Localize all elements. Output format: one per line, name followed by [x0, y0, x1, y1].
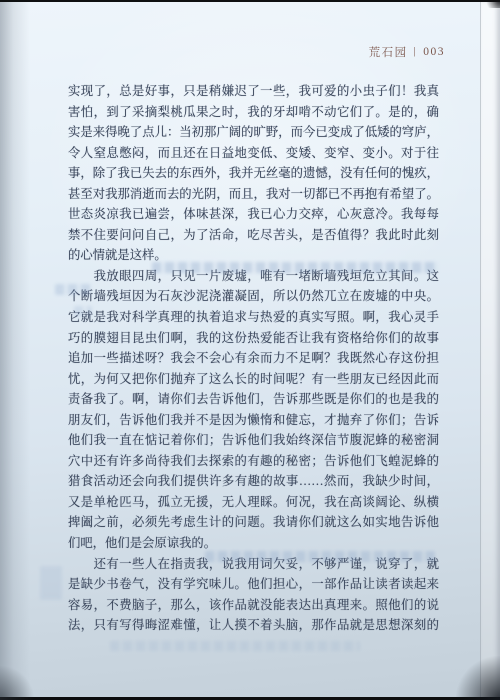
text-line: 忧，为何又把你们抛弃了这么长的时间呢？有一些朋友已经因此而 — [68, 369, 439, 390]
text-line: 穴中还有许多尚待我们去探索的有趣的秘密；告诉他们飞蝗泥蜂的 — [68, 451, 439, 472]
text-line: 害怕，到了采摘梨桃瓜果之时，我的牙却啃不动它们了。是的，确 — [68, 102, 439, 123]
text-line: 巧的膜翅目昆虫们啊，我的这份热爱能否让我有资格给你们的故事 — [68, 328, 439, 349]
text-line: 责备我了。啊，请你们去告诉他们，告诉那些既是你们的也是我的 — [68, 389, 439, 410]
chapter-title: 荒石园 — [369, 44, 408, 60]
text-line: 甚至对我那消逝而去的光阴，而且，我对一切都已不再抱有希望了。 — [68, 184, 439, 205]
bleed-through-mark — [110, 641, 360, 651]
photo-top-edge — [0, 0, 500, 2]
bleed-through-mark — [40, 566, 62, 600]
page-right-edge — [480, 0, 500, 700]
text-line: 它就是我对科学真理的执着追求与热爱的真实写照。啊，我心灵手 — [68, 307, 439, 328]
text-line: 捭阖之前，必须先考虑生计的问题。我请你们就这么如实地告诉他 — [68, 512, 439, 533]
photo-corner-shadow — [0, 666, 34, 700]
photo-corner-shadow — [456, 656, 500, 700]
text-line: 朋友们，告诉他们我并不是因为懒惰和健忘，才抛弃了你们；告诉 — [68, 410, 439, 431]
bleed-through-mark — [74, 306, 92, 317]
text-line: 世态炎凉我已遍尝，体味甚深，我已心力交瘁，心灰意冷。我每每 — [68, 204, 439, 225]
page-header: 荒石园 | 003 — [369, 44, 445, 60]
text-line: 实现了，总是好事，只是稍嫌迟了一些，我可爱的小虫子们！我真 — [68, 81, 439, 102]
page-spine-shadow — [0, 0, 30, 700]
text-line: 猎食活动还会向我们提供许多有趣的故事……然而，我缺少时间， — [68, 471, 439, 492]
text-line: 禁不住要问问自己，为了活命，吃尽苦头，是否值得？我此时此刻 — [68, 225, 439, 246]
photo-corner-shadow — [484, 0, 500, 8]
text-line: 事，除了我已失去的东西外，我并无丝毫的遗憾，没有任何的愧疚， — [68, 163, 439, 184]
text-line: 追加一些描述呀？我会不会心有余而力不足啊？我既然心存这份担 — [68, 348, 439, 369]
text-line: 是缺少书卷气，没有学究味儿。他们担心，一部作品让读者读起来 — [68, 574, 439, 595]
text-line: 个断墙残垣因为石灰沙泥浇灌凝固，所以仍然兀立在废墟的中央。 — [68, 286, 439, 307]
text-line: 法，只有写得晦涩难懂，让人摸不着头脑，那作品就是思想深刻的 — [68, 615, 439, 636]
page-number: 003 — [423, 46, 445, 58]
book-page-photo: { "page_header": { "chapter_title": "荒石园… — [0, 0, 500, 700]
text-line: 容易，不费脑子，那么，该作品就没能表达出真理来。照他们的说 — [68, 595, 439, 616]
bleed-through-mark — [55, 284, 91, 295]
bleed-through-mark — [205, 551, 435, 562]
text-line: 又是单枪匹马，孤立无援，无人理睬。何况，我在高谈阔论、纵横 — [68, 492, 439, 513]
text-line: 令人窒息憋闷，而且还在日益地变低、变矮、变窄、变小。对于往 — [68, 143, 439, 164]
header-divider: | — [414, 46, 418, 57]
text-line: 他们我一直在惦记着你们；告诉他们我始终深信节腹泥蜂的秘密洞 — [68, 430, 439, 451]
text-line: 实是来得晚了点儿：当初那广阔的旷野，而今已变成了低矮的穹庐， — [68, 122, 439, 143]
bleed-through-mark — [152, 262, 438, 273]
